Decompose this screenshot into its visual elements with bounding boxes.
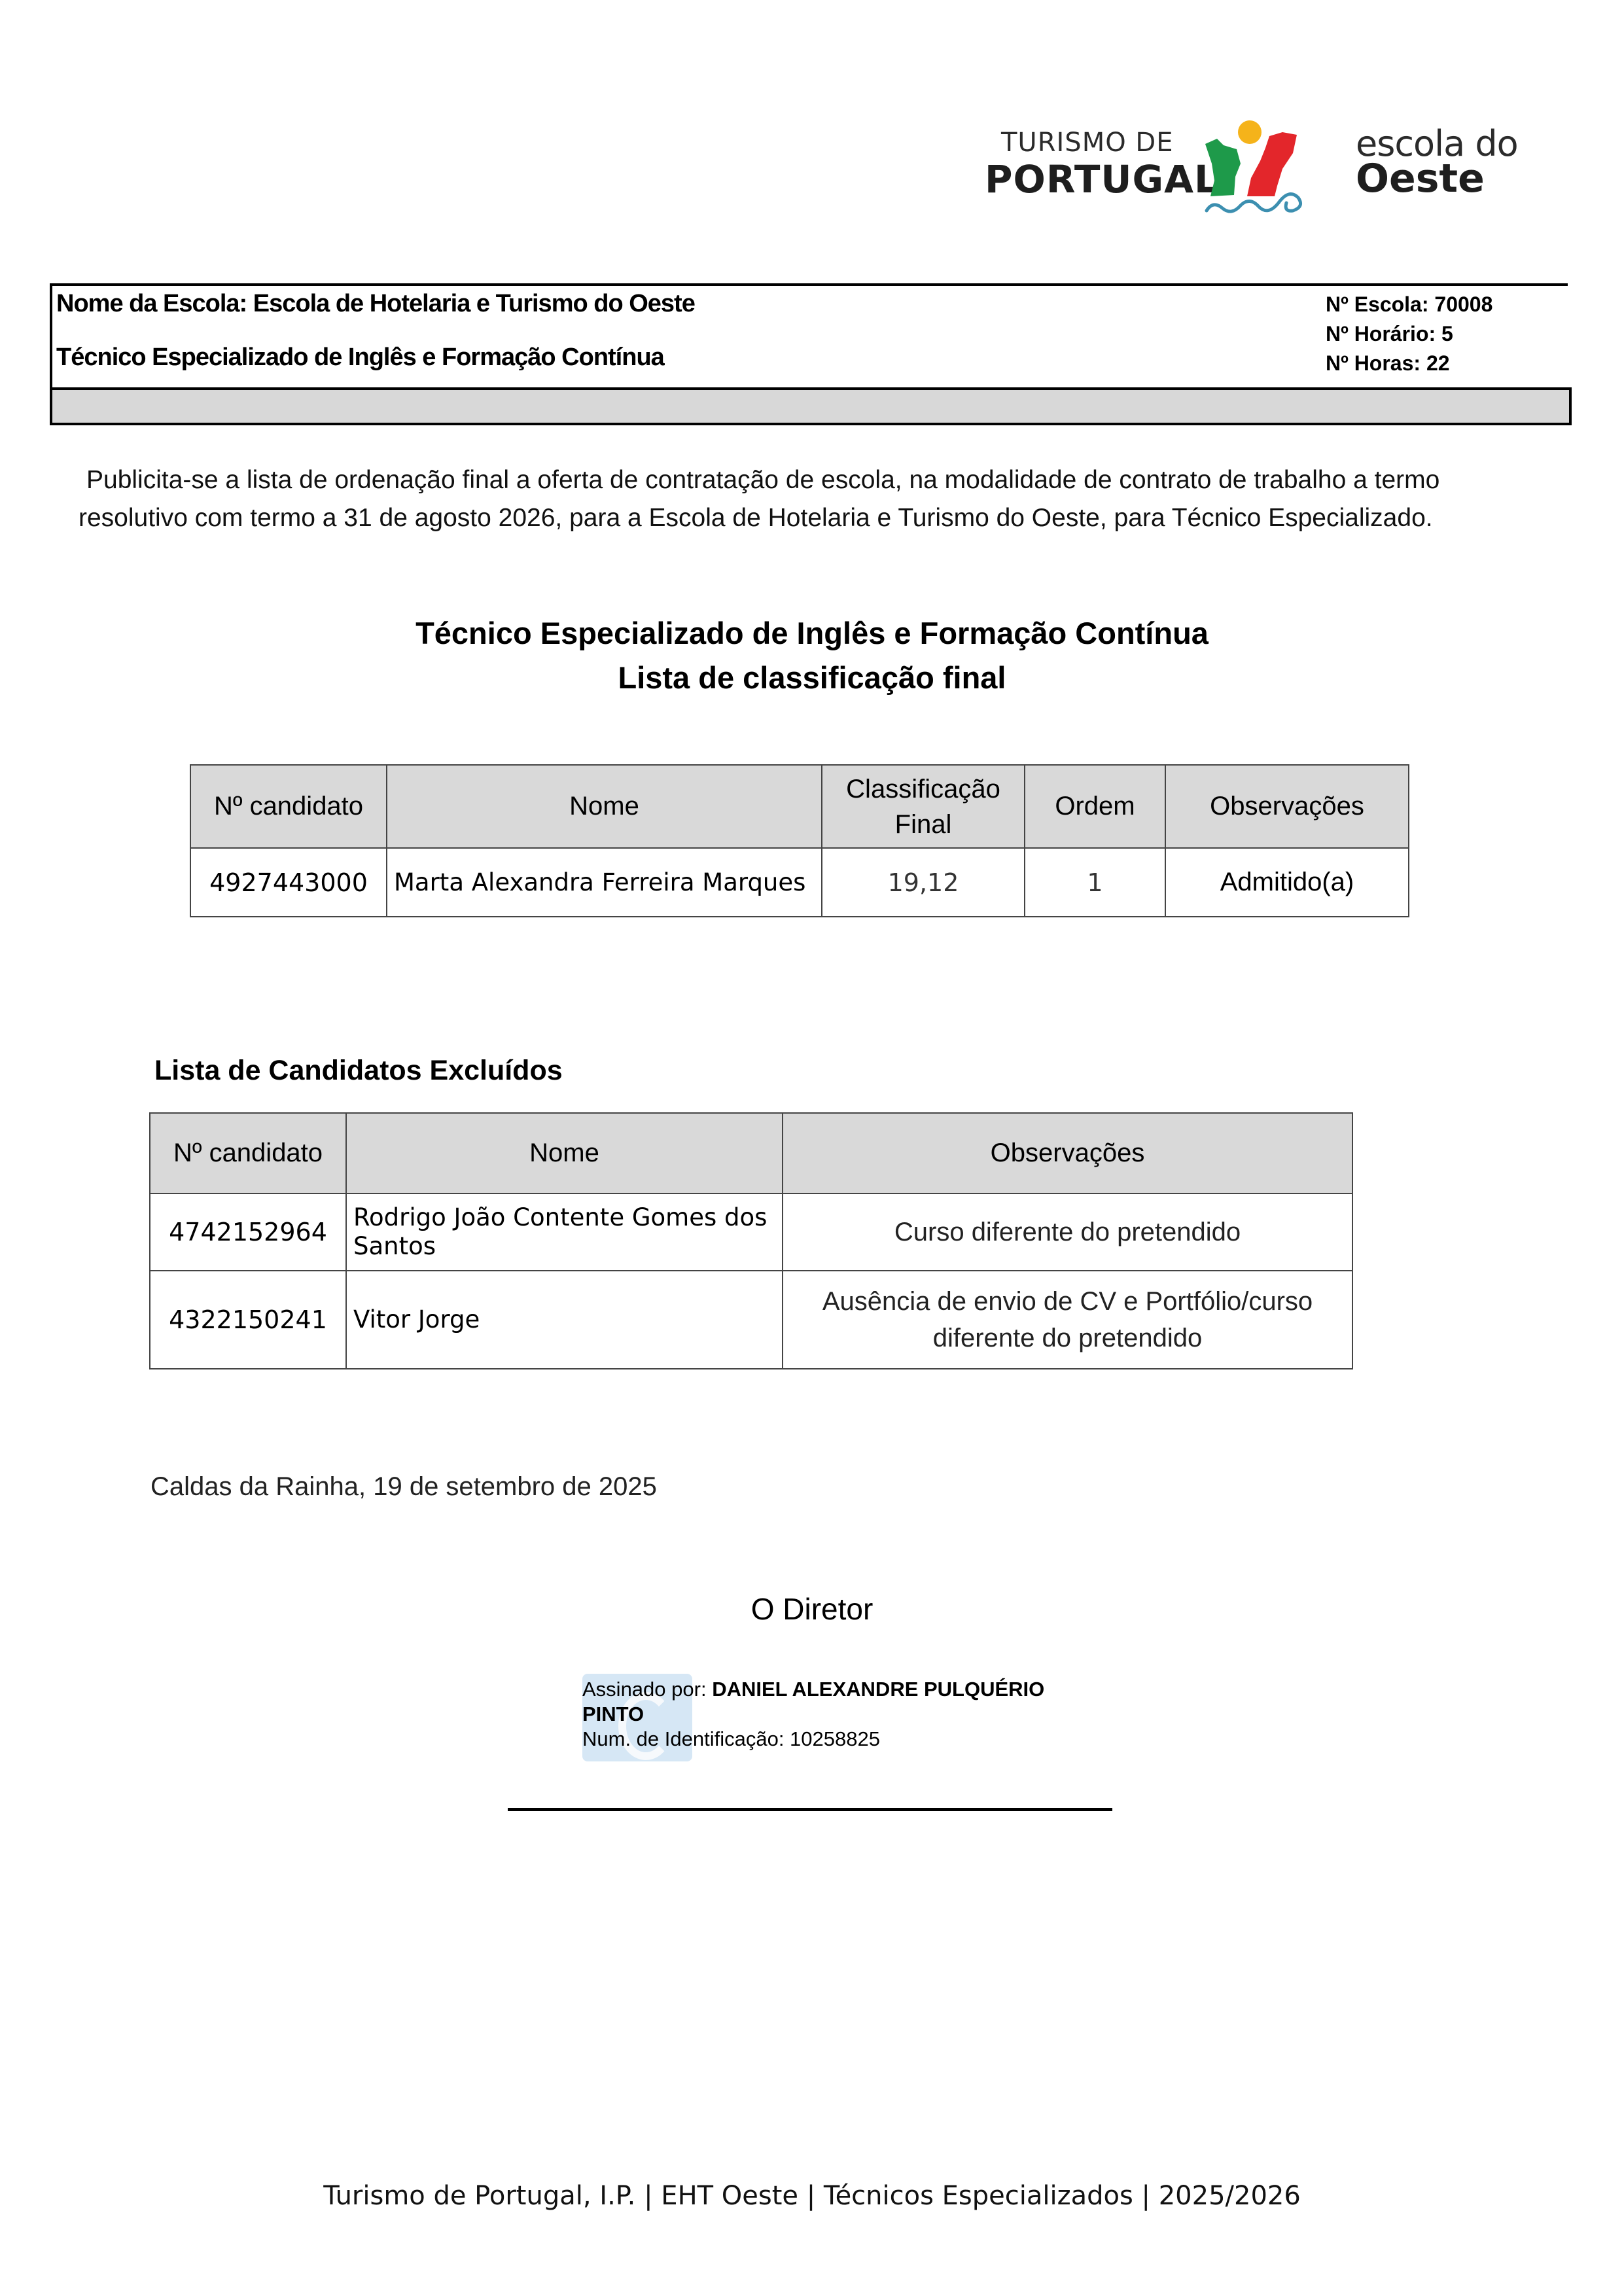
school-info-left: Nome da Escola: Escola de Hotelaria e Tu… (50, 286, 1296, 389)
school-info-box: Nome da Escola: Escola de Hotelaria e Tu… (50, 283, 1568, 392)
table-header-row: Nº candidato Nome Observações (150, 1113, 1352, 1193)
col-header-name: Nome (387, 765, 822, 848)
candidate-number: 4927443000 (190, 848, 387, 917)
turismo-portugal-emblem-icon (1197, 118, 1309, 222)
candidate-name: Marta Alexandra Ferreira Marques (387, 848, 822, 917)
intro-line-1: Publicita-se a lista de ordenação final … (79, 461, 1564, 499)
excluded-candidates-table: Nº candidato Nome Observações 4742152964… (149, 1112, 1353, 1369)
director-title: O Diretor (0, 1591, 1624, 1627)
brand-bottom-text: PORTUGAL (985, 157, 1219, 202)
candidate-score: 19,12 (822, 848, 1025, 917)
signed-by-label: Assinado por: (582, 1678, 707, 1701)
col-header-notes: Observações (783, 1113, 1352, 1193)
place-date: Caldas da Rainha, 19 de setembro de 2025 (150, 1472, 657, 1502)
signer-name-continued: PINTO (582, 1703, 644, 1726)
school-logo-bottom-text: Oeste (1356, 156, 1485, 202)
col-header-score: Classificação Final (822, 765, 1025, 848)
col-header-notes: Observações (1165, 765, 1409, 848)
school-name: Nome da Escola: Escola de Hotelaria e Tu… (56, 290, 695, 318)
final-classification-table: Nº candidato Nome Classificação Final Or… (190, 764, 1409, 917)
header-gray-bar (50, 387, 1572, 425)
candidate-number: 4322150241 (150, 1271, 346, 1369)
candidate-notes: Curso diferente do pretendido (783, 1193, 1352, 1271)
signer-id: Num. de Identificação: 10258825 (582, 1727, 880, 1751)
table-row: 4742152964 Rodrigo João Contente Gomes d… (150, 1193, 1352, 1271)
school-number: Nº Escola: 70008 (1326, 290, 1492, 319)
candidate-name: Rodrigo João Contente Gomes dos Santos (346, 1193, 783, 1271)
col-header-candidate-no: Nº candidato (150, 1113, 346, 1193)
table-row: 4927443000 Marta Alexandra Ferreira Marq… (190, 848, 1409, 917)
col-header-candidate-no: Nº candidato (190, 765, 387, 848)
header-logo: TURISMO DE PORTUGAL escola do Oeste (981, 111, 1518, 229)
intro-line-2: resolutivo com termo a 31 de agosto 2026… (79, 504, 1433, 532)
section-subtitle: Lista de classificação final (0, 660, 1624, 696)
candidate-name: Vitor Jorge (346, 1271, 783, 1369)
candidate-number: 4742152964 (150, 1193, 346, 1271)
signature-line (508, 1808, 1112, 1811)
signed-by-line: Assinado por: DANIEL ALEXANDRE PULQUÉRIO (582, 1678, 1044, 1701)
signer-name: DANIEL ALEXANDRE PULQUÉRIO (712, 1678, 1044, 1701)
candidate-order: 1 (1025, 848, 1165, 917)
section-title: Técnico Especializado de Inglês e Formaç… (0, 615, 1624, 651)
table-row: 4322150241 Vitor Jorge Ausência de envio… (150, 1271, 1352, 1369)
candidate-notes: Admitido(a) (1165, 848, 1409, 917)
brand-top-text: TURISMO DE (1001, 128, 1173, 158)
digital-signature-block: Assinado por: DANIEL ALEXANDRE PULQUÉRIO… (582, 1674, 1053, 1765)
excluded-list-title: Lista de Candidatos Excluídos (154, 1055, 563, 1087)
school-info-right: Nº Escola: 70008 Nº Horário: 5 Nº Horas:… (1326, 290, 1492, 378)
intro-paragraph: Publicita-se a lista de ordenação final … (79, 461, 1564, 537)
candidate-notes: Ausência de envio de CV e Portfólio/curs… (783, 1271, 1352, 1369)
course-name: Técnico Especializado de Inglês e Formaç… (56, 344, 664, 372)
schedule-number: Nº Horário: 5 (1326, 319, 1492, 349)
hours-number: Nº Horas: 22 (1326, 349, 1492, 378)
col-header-name: Nome (346, 1113, 783, 1193)
table-header-row: Nº candidato Nome Classificação Final Or… (190, 765, 1409, 848)
page-footer: Turismo de Portugal, I.P. | EHT Oeste | … (0, 2181, 1624, 2211)
col-header-order: Ordem (1025, 765, 1165, 848)
